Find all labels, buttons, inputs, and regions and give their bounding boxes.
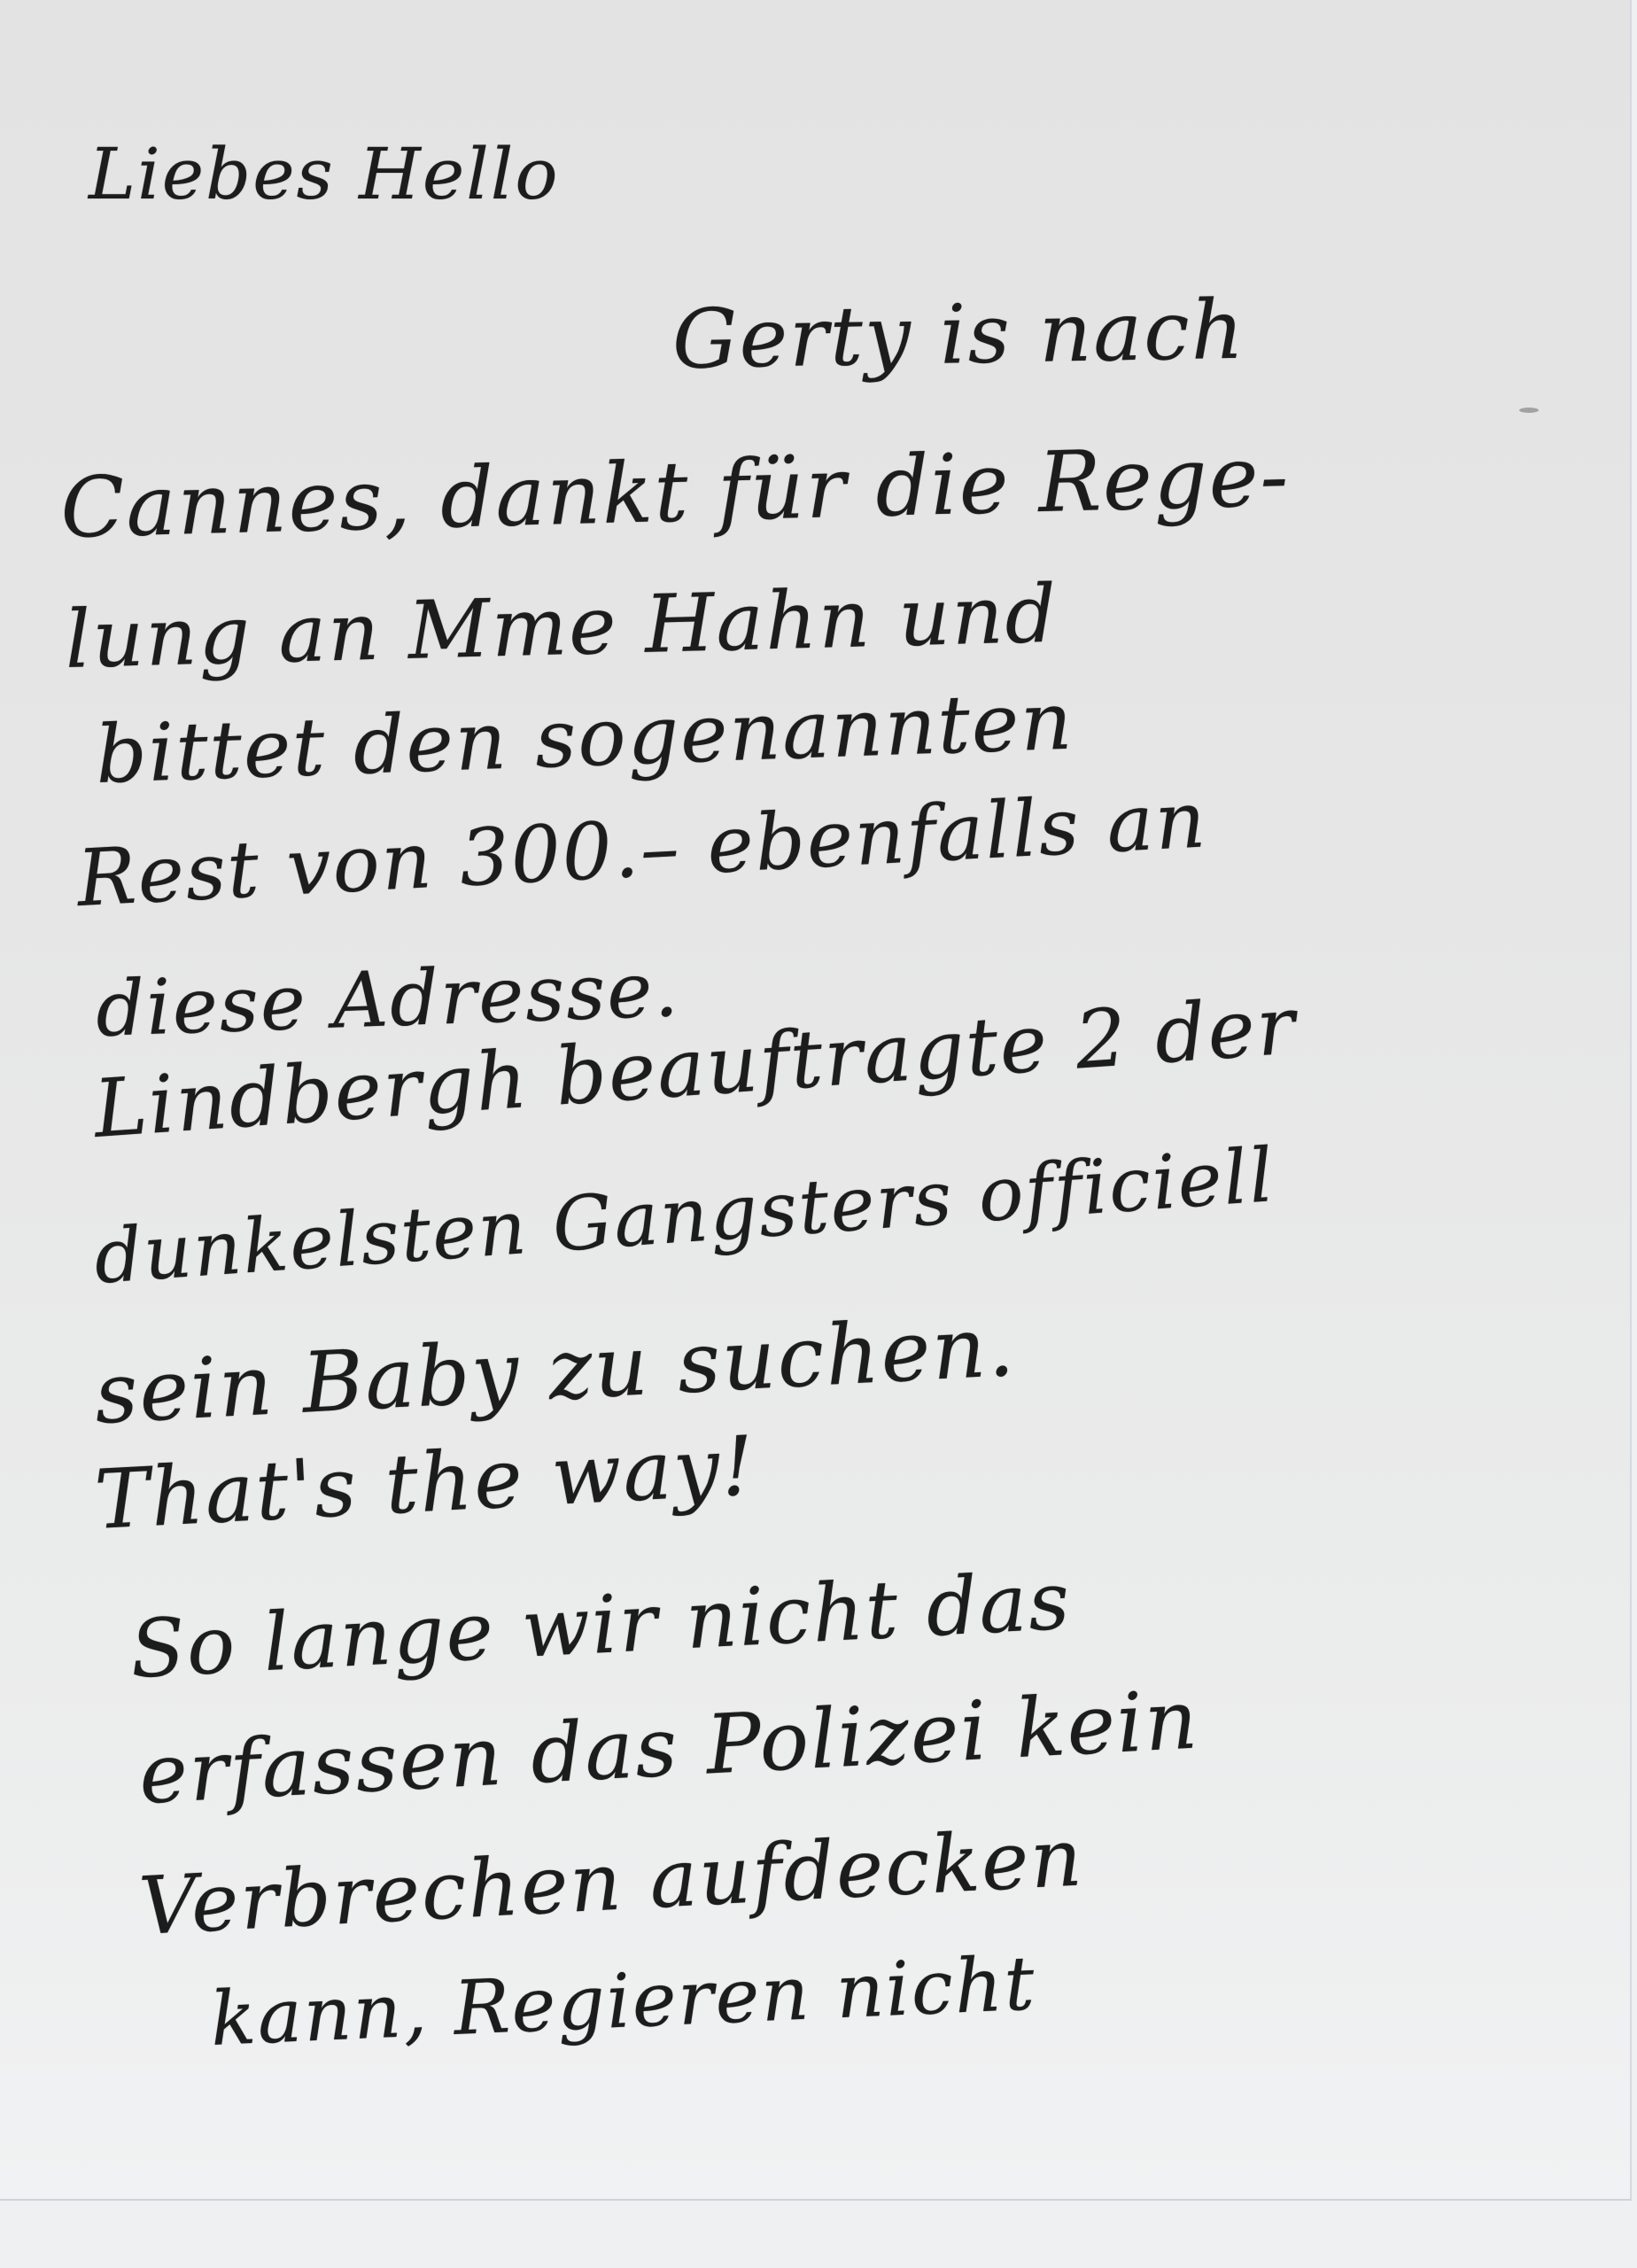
letter-line-12: erfassen das Polizei kein — [136, 1672, 1201, 1822]
letter-line-1: Gerty is nach — [671, 283, 1246, 387]
letter-line-9: sein Baby zu suchen. — [92, 1299, 1018, 1443]
letter-line-4: bittet den sogenannten — [94, 675, 1075, 802]
letter-line-14: kann, Regieren nicht — [209, 1939, 1038, 2062]
ink-smudge — [1519, 408, 1539, 413]
letter-line-2: Cannes, dankt für die Rege- — [59, 429, 1291, 557]
letter-line-11: So lange wir nicht das — [128, 1555, 1074, 1697]
letter-line-3: lung an Mme Hahn und — [64, 568, 1059, 687]
letter-page: Liebes Hello Gerty is nach Cannes, dankt… — [0, 0, 1632, 2201]
salutation: Liebes Hello — [89, 133, 560, 215]
letter-line-13: Verbrechen aufdecken — [137, 1811, 1086, 1953]
letter-line-8: dunkelsten Gangsters officiell — [91, 1131, 1277, 1301]
